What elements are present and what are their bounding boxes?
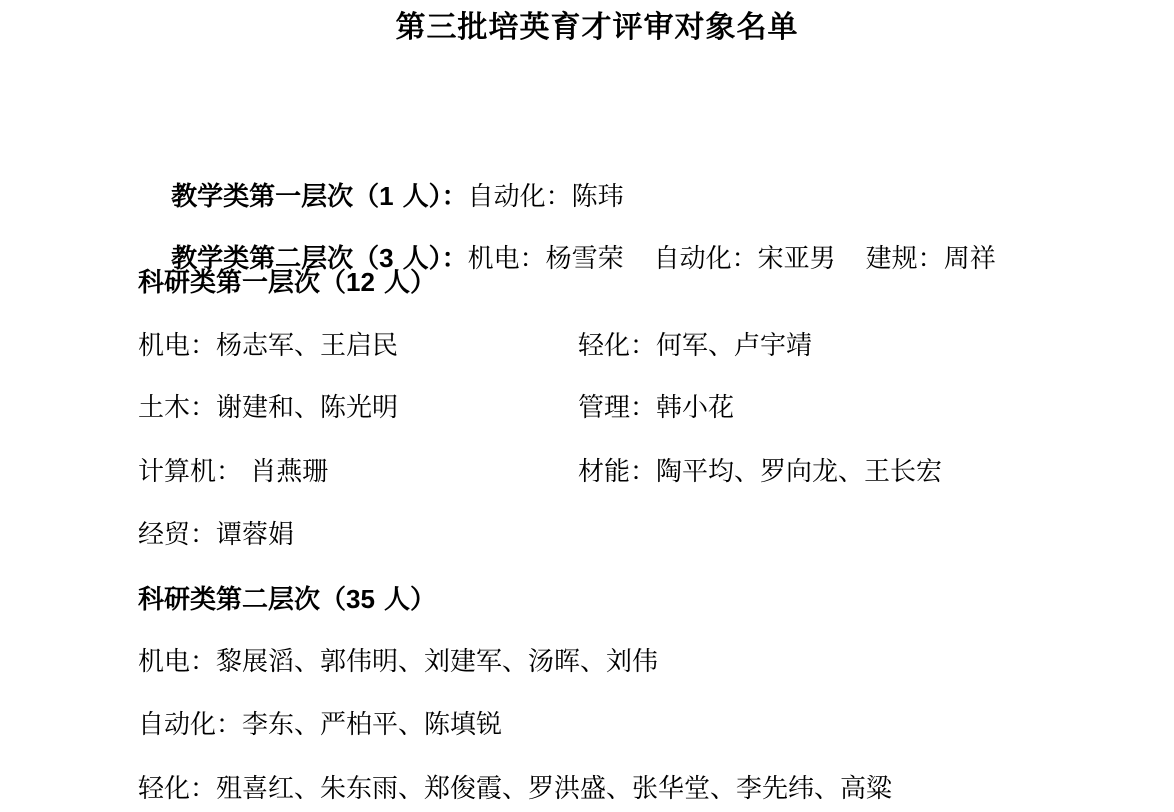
dept-label: 轻化：: [138, 774, 216, 804]
names: 谭蓉娟: [216, 520, 294, 550]
research-level2-count: 35: [346, 584, 375, 614]
dept-label: 轻化：: [578, 331, 656, 361]
names: 殂喜红、朱东雨、郑俊霞、罗洪盛、张华堂、李先纬、高粱: [216, 774, 892, 804]
research-level1-row: 经贸：谭蓉娟: [138, 515, 294, 555]
names: 陶平均、罗向龙、王长宏: [656, 457, 942, 487]
names: 肖燕珊: [242, 457, 328, 487]
research-level1-row: 计算机： 肖燕珊: [138, 452, 328, 492]
dept-label: 机电：: [468, 244, 546, 274]
dept-label: 管理：: [578, 393, 656, 423]
dept-label: 自动化：: [654, 244, 758, 274]
names: 周祥: [944, 244, 996, 274]
research-level2-row: 自动化：李东、严柏平、陈填锐: [138, 705, 502, 745]
research-level1-count: 12: [346, 267, 375, 297]
names: 韩小花: [656, 393, 734, 423]
research-level1-row-right: 管理：韩小花: [578, 388, 734, 428]
research-level1-row: 土木：谢建和、陈光明: [138, 388, 398, 428]
dept-label: 计算机：: [138, 457, 242, 487]
dept-label: 机电：: [138, 647, 216, 677]
names: 谢建和、陈光明: [216, 393, 398, 423]
names: 李东、严柏平、陈填锐: [242, 710, 502, 740]
research-level1-heading: 科研类第一层次（12 人）: [138, 262, 436, 303]
research-level1-row: 机电：杨志军、王启民: [138, 326, 398, 366]
dept-label: 经贸：: [138, 520, 216, 550]
dept-label: 土木：: [138, 393, 216, 423]
dept-label: 机电：: [138, 331, 216, 361]
research-level2-row: 机电：黎展滔、郭伟明、刘建军、汤晖、刘伟: [138, 642, 658, 682]
document-title: 第三批培英育才评审对象名单: [0, 6, 1174, 50]
research-level2-heading: 科研类第二层次（35 人）: [138, 579, 436, 620]
dept-label: 材能：: [578, 457, 656, 487]
names: 杨志军、王启民: [216, 331, 398, 361]
names: 黎展滔、郭伟明、刘建军、汤晖、刘伟: [216, 647, 658, 677]
names: 宋亚男: [758, 244, 836, 274]
dept-label: 自动化：: [138, 710, 242, 740]
names: 杨雪荣: [546, 244, 624, 274]
names: 何军、卢宇靖: [656, 331, 812, 361]
research-level1-row-right: 材能：陶平均、罗向龙、王长宏: [578, 452, 942, 492]
research-level2-row: 轻化：殂喜红、朱东雨、郑俊霞、罗洪盛、张华堂、李先纬、高粱: [138, 769, 892, 809]
document-page: 第三批培英育才评审对象名单 教学类第一层次（1 人）：自动化：陈玮 教学类第二层…: [0, 0, 1174, 812]
research-level1-row-right: 轻化：何军、卢宇靖: [578, 326, 812, 366]
dept-label: 建规：: [866, 244, 944, 274]
